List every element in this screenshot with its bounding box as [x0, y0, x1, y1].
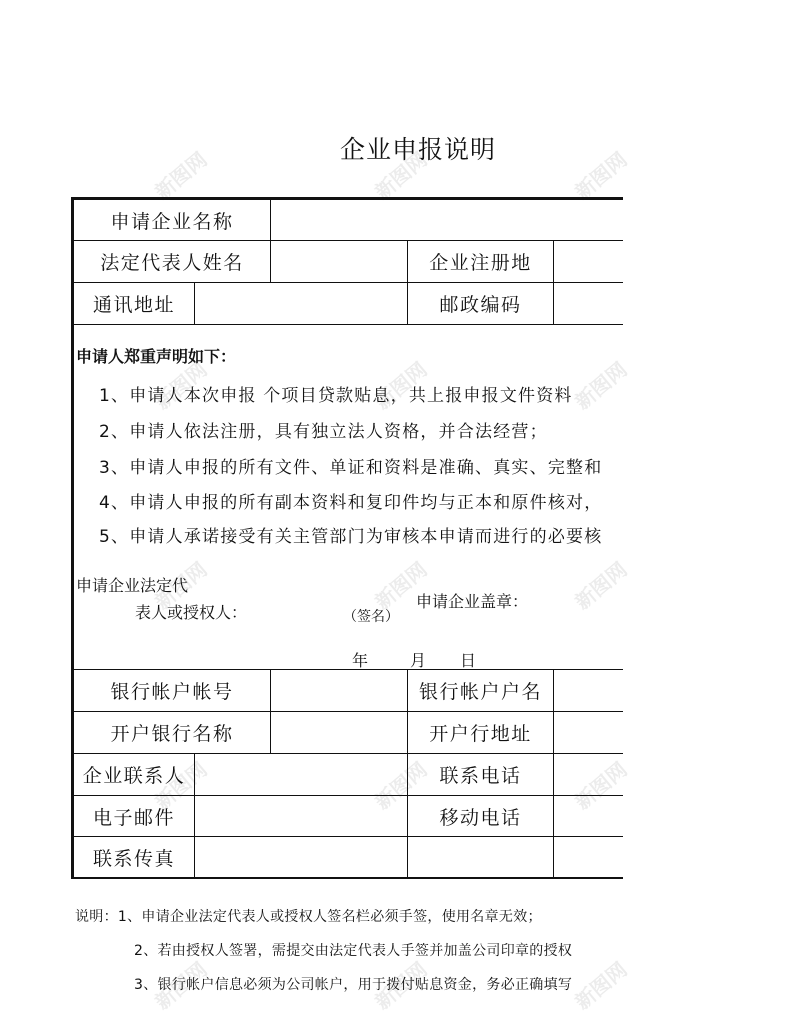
bank-name-field[interactable] [271, 712, 407, 753]
statement-item: 2、申请人依法注册，具有独立法人资格，并合法经营； [99, 417, 548, 442]
registered-address-field[interactable] [554, 241, 623, 282]
label-contact-phone: 联系电话 [408, 754, 553, 795]
bank-account-name-field[interactable] [554, 670, 623, 711]
label-mobile-phone: 移动电话 [408, 796, 553, 836]
label-mailing-address: 通讯地址 [74, 283, 194, 324]
bank-account-number-field[interactable] [271, 670, 407, 711]
contact-person-field[interactable] [195, 754, 407, 795]
statement-item: 1、申请人本次申报 个项目贷款贴息，共上报申报文件资料 [99, 381, 573, 406]
date-day: 日 [460, 648, 476, 671]
label-legal-rep-name: 法定代表人姓名 [74, 241, 270, 282]
date-month: 月 [410, 648, 426, 671]
legal-rep-label-line2: 表人或授权人： [135, 600, 247, 623]
email-field[interactable] [195, 796, 407, 836]
statement-heading: 申请人郑重声明如下： [76, 344, 236, 367]
statement-item: 5、申请人承诺接受有关主管部门为审核本申请而进行的必要核 [99, 522, 602, 547]
label-postal-code: 邮政编码 [408, 283, 553, 324]
date-year: 年 [352, 648, 368, 671]
label-email: 电子邮件 [74, 796, 194, 836]
company-name-field[interactable] [271, 200, 623, 240]
page-title: 企业申报说明 [0, 130, 794, 166]
label-registered-address: 企业注册地 [408, 241, 553, 282]
application-form: 申请企业名称 法定代表人姓名 企业注册地 通讯地址 邮政编码 申请人郑重声明如下… [71, 197, 623, 879]
table-border-bottom [71, 877, 623, 879]
empty-label-cell [408, 837, 553, 877]
label-bank-account-number: 银行帐户帐号 [74, 670, 270, 711]
row-divider [71, 324, 623, 325]
mailing-address-field[interactable] [195, 283, 407, 324]
fax-field[interactable] [195, 837, 407, 877]
company-seal-label: 申请企业盖章： [416, 589, 528, 612]
contact-phone-field[interactable] [554, 754, 623, 795]
label-bank-name: 开户银行名称 [74, 712, 270, 753]
legal-rep-label-line1: 申请企业法定代 [76, 573, 188, 596]
statement-item: 3、申请人申报的所有文件、单证和资料是准确、真实、完整和 [99, 453, 602, 478]
postal-code-field[interactable] [554, 283, 623, 324]
signature-hint: （签名） [343, 606, 399, 626]
note-2: 2、若由授权人签署，需提交由法定代表人手签并加盖公司印章的授权 [134, 940, 623, 960]
mobile-phone-field[interactable] [554, 796, 623, 836]
label-fax: 联系传真 [74, 837, 194, 877]
note-3: 3、银行帐户信息必须为公司帐户，用于拨付贴息资金，务必正确填写 [134, 974, 623, 994]
bank-address-field[interactable] [554, 712, 623, 753]
label-contact-person: 企业联系人 [74, 754, 194, 795]
label-bank-account-name: 银行帐户户名 [408, 670, 553, 711]
legal-rep-name-field[interactable] [271, 241, 407, 282]
empty-field-cell[interactable] [554, 837, 623, 877]
note-1: 说明：1、申请企业法定代表人或授权人签名栏必须手签，使用名章无效； [75, 906, 623, 926]
statement-item: 4、申请人申报的所有副本资料和复印件均与正本和原件核对， [99, 488, 602, 513]
label-company-name: 申请企业名称 [74, 200, 270, 240]
label-bank-address: 开户行地址 [408, 712, 553, 753]
